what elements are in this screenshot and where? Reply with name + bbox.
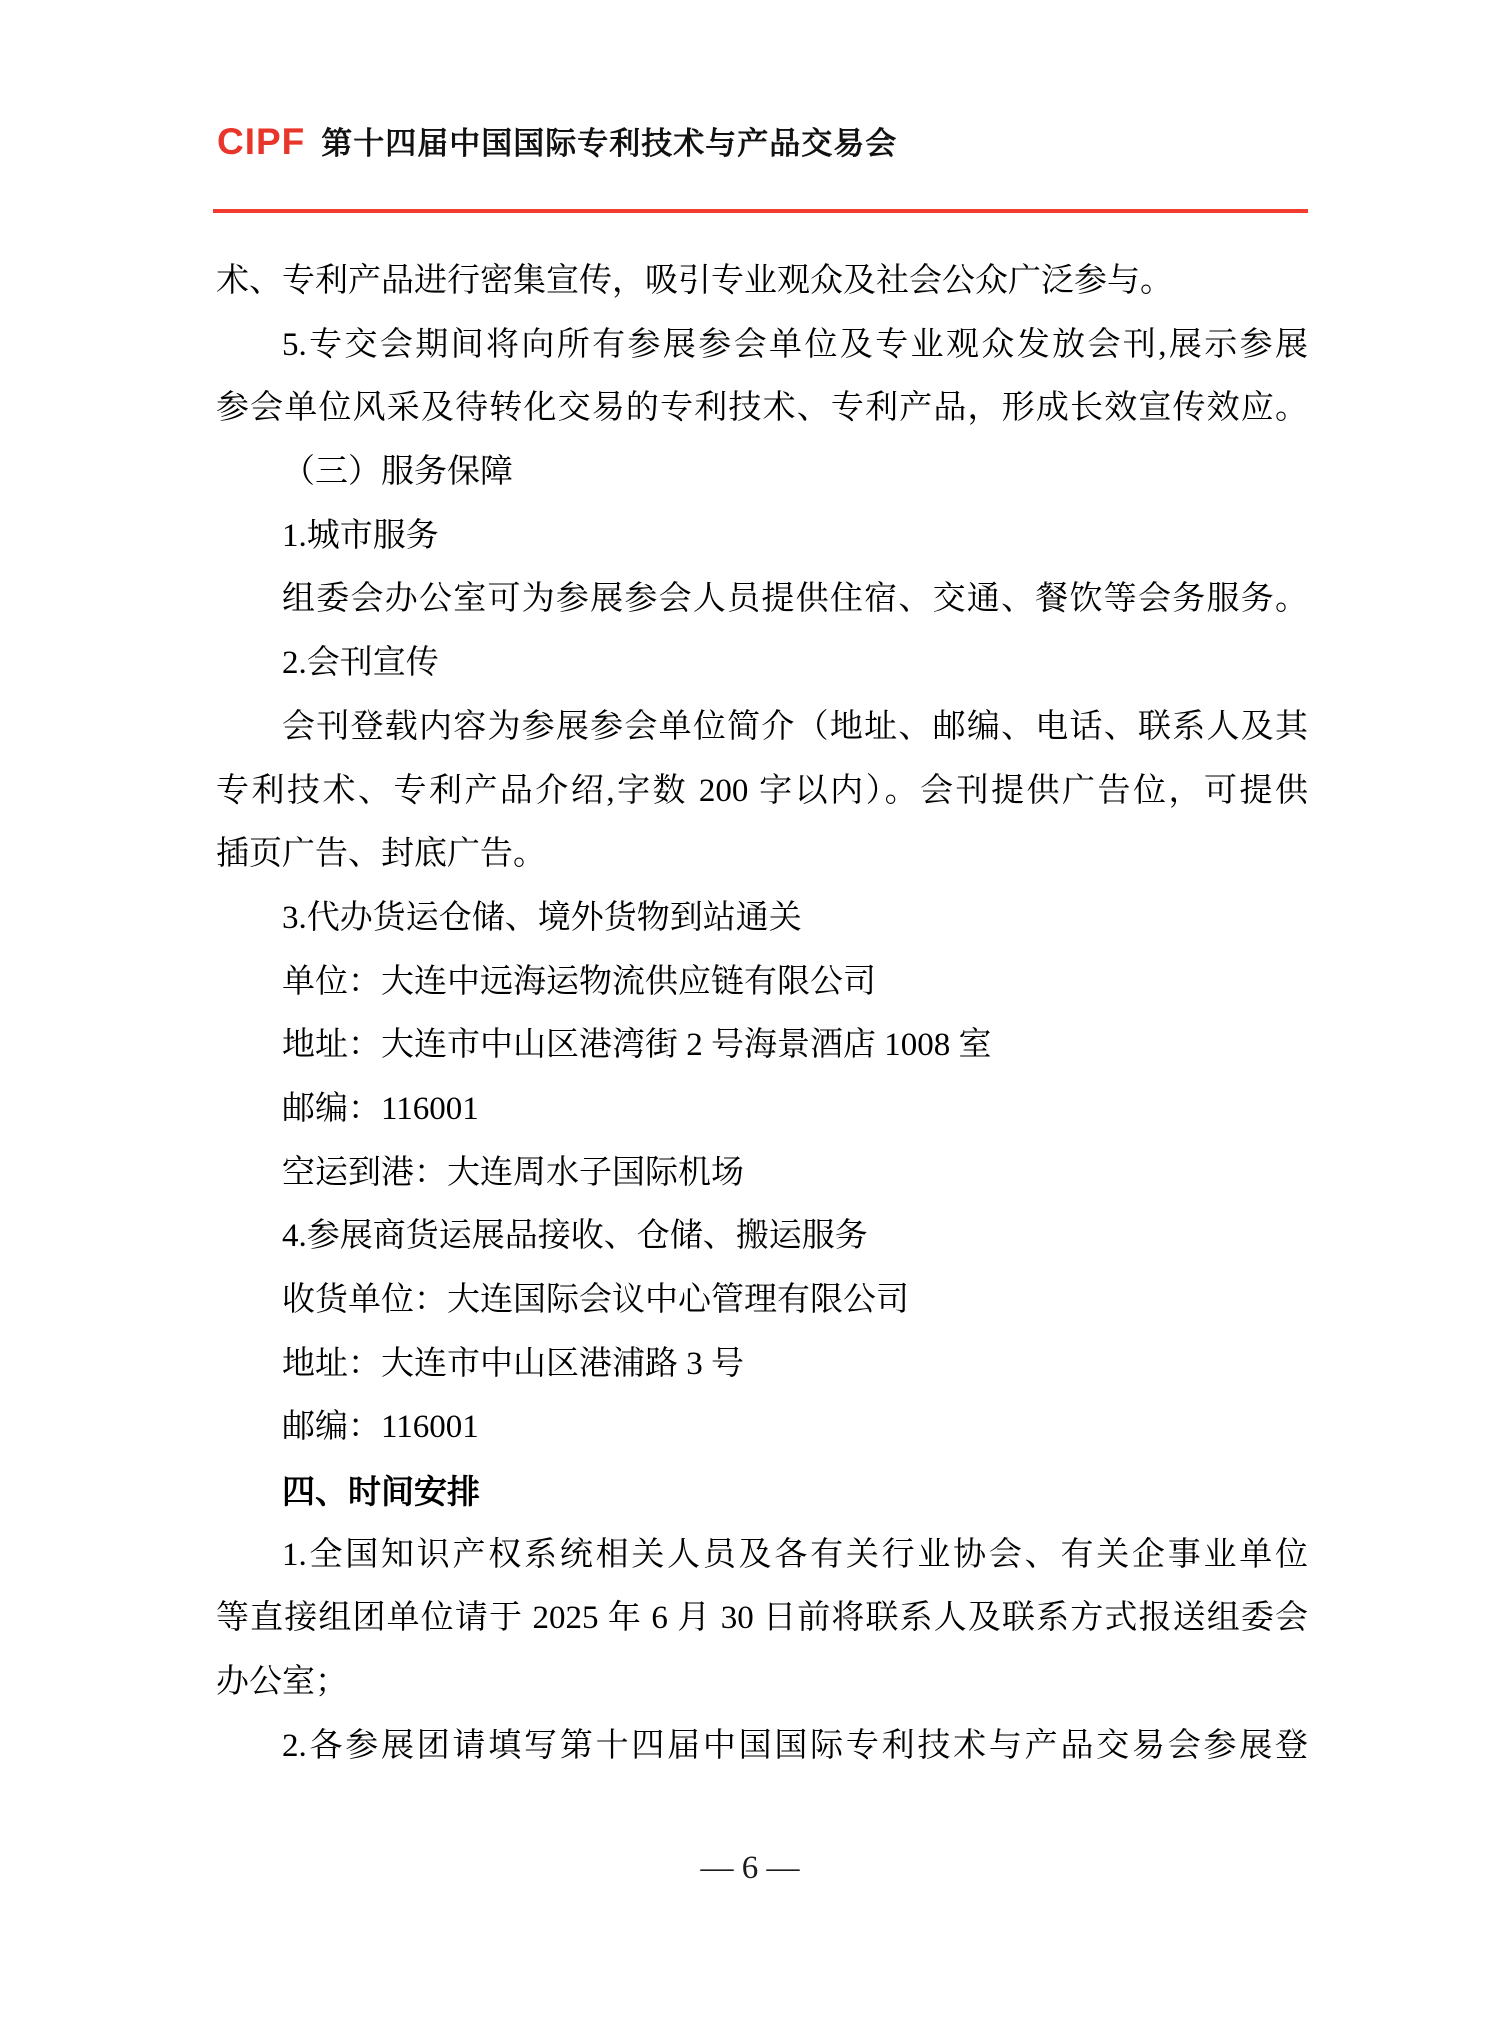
body-line: 等直接组团单位请于 2025 年 6 月 30 日前将联系人及联系方式报送组委会 — [216, 1587, 1308, 1651]
section-heading: 四、时间安排 — [216, 1460, 1308, 1524]
body-line: 会刊登载内容为参展参会单位简介（地址、邮编、电话、联系人及其 — [216, 696, 1308, 760]
body-line: 邮编：116001 — [216, 1396, 1308, 1460]
document-page: CIPF 第十四届中国国际专利技术与产品交易会 术、专利产品进行密集宣传，吸引专… — [0, 0, 1500, 2021]
body-line: 空运到港：大连周水子国际机场 — [216, 1142, 1308, 1206]
body-line: 组委会办公室可为参展参会人员提供住宿、交通、餐饮等会务服务。 — [216, 568, 1308, 632]
body-line: 3.代办货运仓储、境外货物到站通关 — [216, 887, 1308, 951]
page-header: CIPF 第十四届中国国际专利技术与产品交易会 — [217, 118, 897, 163]
body-line: 办公室； — [216, 1651, 1308, 1715]
body-line: 邮编：116001 — [216, 1078, 1308, 1142]
body-line: 术、专利产品进行密集宣传，吸引专业观众及社会公众广泛参与。 — [216, 250, 1308, 314]
body-line: 地址：大连市中山区港浦路 3 号 — [216, 1333, 1308, 1397]
header-title: 第十四届中国国际专利技术与产品交易会 — [321, 118, 897, 163]
body-line: 4.参展商货运展品接收、仓储、搬运服务 — [216, 1205, 1308, 1269]
document-body: 术、专利产品进行密集宣传，吸引专业观众及社会公众广泛参与。 5.专交会期间将向所… — [216, 250, 1308, 1779]
body-line: 1.城市服务 — [216, 505, 1308, 569]
body-line: 2.会刊宣传 — [216, 632, 1308, 696]
body-line: 参会单位风采及待转化交易的专利技术、专利产品，形成长效宣传效应。 — [216, 377, 1308, 441]
body-line: 插页广告、封底广告。 — [216, 823, 1308, 887]
body-line: 1.全国知识产权系统相关人员及各有关行业协会、有关企事业单位 — [216, 1524, 1308, 1588]
body-line: 单位：大连中远海运物流供应链有限公司 — [216, 951, 1308, 1015]
header-divider-rule — [213, 209, 1308, 213]
subsection-heading: （三）服务保障 — [216, 441, 1308, 505]
body-line: 专利技术、专利产品介绍,字数 200 字以内）。会刊提供广告位，可提供 — [216, 760, 1308, 824]
body-line: 2.各参展团请填写第十四届中国国际专利技术与产品交易会参展登 — [216, 1715, 1308, 1779]
body-line: 收货单位：大连国际会议中心管理有限公司 — [216, 1269, 1308, 1333]
cipf-logo: CIPF — [217, 121, 305, 163]
body-line: 5.专交会期间将向所有参展参会单位及专业观众发放会刊,展示参展 — [216, 314, 1308, 378]
page-number: — 6 — — [0, 1850, 1500, 1887]
body-line: 地址：大连市中山区港湾街 2 号海景酒店 1008 室 — [216, 1014, 1308, 1078]
